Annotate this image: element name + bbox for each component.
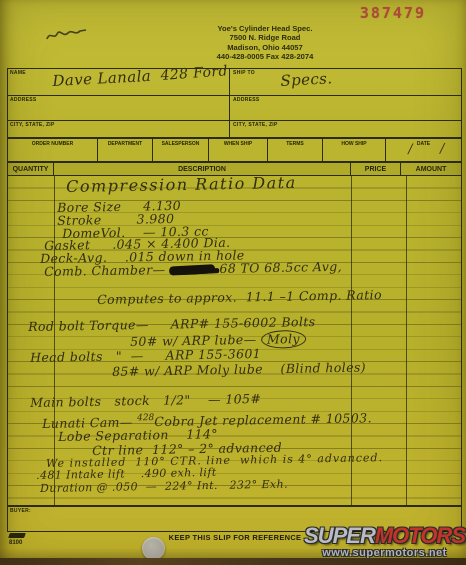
- amount-column-rule: [406, 176, 407, 505]
- combustion-chamber-pre: Comb. Chamber—: [44, 262, 166, 279]
- watermark-logo: SUPERMOTORS: [304, 525, 465, 547]
- address-divider: [229, 68, 230, 138]
- company-address1: 7500 N. Ridge Road: [183, 33, 347, 42]
- form-number: 8100: [9, 540, 22, 546]
- address-hline1: [7, 95, 462, 96]
- scanned-order-form: 387479 Yoe's Cylinder Head Spec. 7500 N.…: [0, 0, 466, 565]
- slip-number: 387479: [360, 4, 426, 22]
- description-header: DESCRIPTION: [54, 163, 351, 175]
- company-header: Yoe's Cylinder Head Spec. 7500 N. Ridge …: [183, 24, 347, 61]
- ship-address-label: ADDRESS: [233, 97, 260, 103]
- combustion-chamber-value: 68 TO 68.5cc Avg,: [219, 259, 342, 276]
- hole-punch: [142, 537, 165, 560]
- ship-to-handwritten: Specs.: [280, 69, 333, 90]
- scan-edge-band: [0, 558, 466, 565]
- quantity-header: QUANTITY: [8, 163, 54, 175]
- amount-header: AMOUNT: [401, 163, 461, 175]
- name-label: NAME: [10, 70, 26, 76]
- company-phone: 440-428-0005 Fax 428-2074: [183, 52, 347, 61]
- ship-to-label: SHIP TO: [233, 70, 255, 76]
- department-header: DEPARTMENT: [98, 139, 153, 161]
- price-header: PRICE: [351, 163, 401, 175]
- order-info-row: ORDER NUMBER DEPARTMENT SALESPERSON WHEN…: [7, 138, 462, 162]
- moly-circled: Moly: [261, 330, 306, 349]
- keep-slip-text: KEEP THIS SLIP FOR REFERENCE: [150, 533, 320, 542]
- watermark-super: SUPER: [304, 523, 375, 548]
- note-title: Compression Ratio Data: [66, 173, 297, 196]
- city-state-zip-label: CITY, STATE, ZIP: [10, 122, 55, 128]
- supermotors-watermark: SUPERMOTORS www.supermotors.net: [304, 525, 465, 559]
- date-handwritten: / /: [408, 141, 445, 157]
- handwritten-scribble: [44, 24, 90, 44]
- buyer-label: BUYER:: [10, 508, 31, 514]
- quantity-column-rule: [54, 176, 55, 505]
- company-name: Yoe's Cylinder Head Spec.: [183, 24, 347, 33]
- salesperson-header: SALESPERSON: [153, 139, 209, 161]
- ink-blot: [169, 264, 215, 275]
- address-hline2: [7, 120, 462, 121]
- lunati-428-superscript: 428: [137, 413, 154, 423]
- form-brand-mark: [8, 533, 26, 538]
- when-ship-header: WHEN SHIP: [209, 139, 268, 161]
- order-number-header: ORDER NUMBER: [8, 139, 98, 161]
- address-label: ADDRESS: [10, 97, 37, 103]
- ship-city-state-zip-label: CITY, STATE, ZIP: [233, 122, 278, 128]
- watermark-motors: MOTORS: [375, 523, 465, 548]
- terms-header: TERMS: [268, 139, 323, 161]
- how-ship-header: HOW SHIP: [323, 139, 386, 161]
- company-address2: Madison, Ohio 44057: [183, 43, 347, 52]
